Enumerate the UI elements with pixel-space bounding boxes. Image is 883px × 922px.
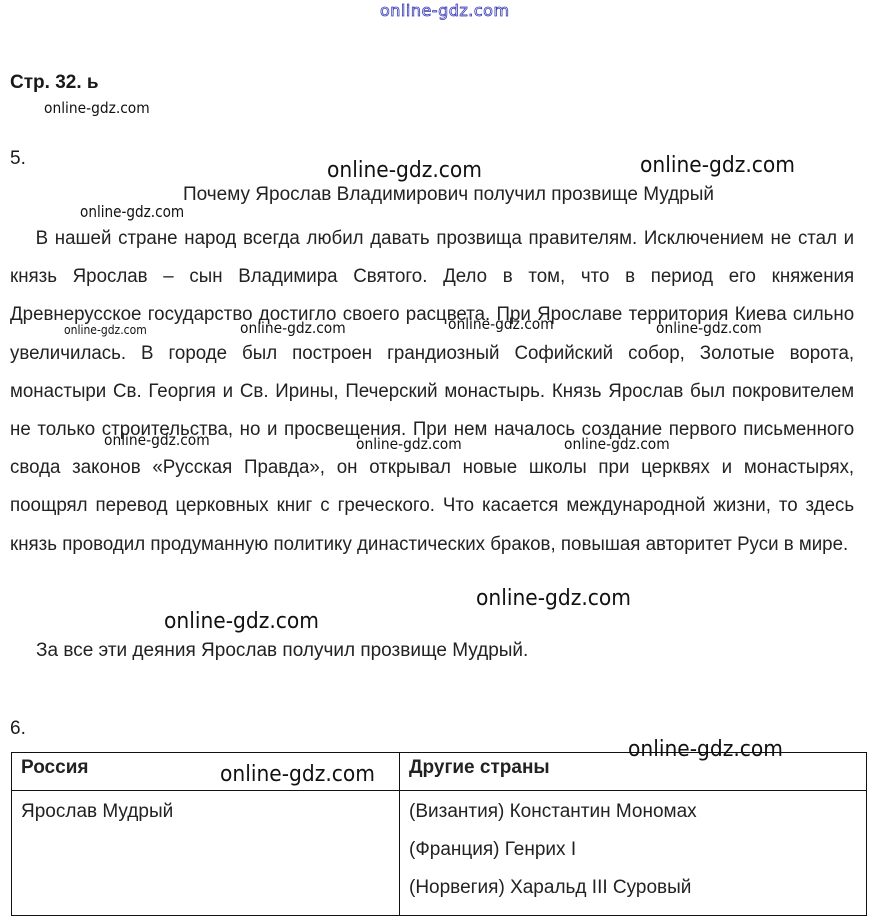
task-number-6: 6.	[10, 718, 26, 740]
ruler-name: Ярослав Мудрый	[21, 793, 390, 831]
watermark: online-gdz.com	[640, 153, 795, 178]
watermark: online-gdz.com	[80, 202, 184, 221]
watermark: online-gdz.com	[564, 435, 670, 453]
watermark: online-gdz.com	[656, 319, 762, 337]
essay-conclusion: За все эти деяния Ярослав получил прозви…	[36, 640, 528, 662]
watermark: online-gdz.com	[164, 609, 319, 634]
ruler-name: (Византия) Константин Мономах	[409, 793, 857, 831]
essay-body: В нашей стране народ всегда любил давать…	[10, 220, 854, 564]
watermark: online-gdz.com	[64, 323, 147, 337]
page-label: Стр. 32. ь	[10, 72, 99, 94]
table-row: Ярослав Мудрый (Византия) Константин Мон…	[12, 791, 867, 916]
watermark: online-gdz.com	[44, 99, 150, 117]
essay-paragraph: В нашей стране народ всегда любил давать…	[10, 220, 854, 564]
ruler-name: (Норвегия) Харальд III Суровый	[409, 869, 857, 907]
top-watermark: online-gdz.com	[380, 1, 510, 20]
watermark: online-gdz.com	[448, 315, 554, 333]
watermark: online-gdz.com	[104, 431, 210, 449]
cell-other-countries: (Византия) Константин Мономах (Франция) …	[400, 791, 867, 916]
cell-russia: Ярослав Мудрый	[12, 791, 400, 916]
watermark: online-gdz.com	[327, 158, 482, 183]
watermark: online-gdz.com	[220, 762, 375, 787]
watermark: online-gdz.com	[628, 737, 783, 762]
ruler-name: (Франция) Генрих I	[409, 831, 857, 869]
watermark: online-gdz.com	[240, 319, 346, 337]
comparison-table: Россия Другие страны Ярослав Мудрый (Виз…	[11, 752, 867, 916]
watermark: online-gdz.com	[476, 586, 631, 611]
task-number-5: 5.	[10, 148, 26, 170]
watermark: online-gdz.com	[356, 435, 462, 453]
